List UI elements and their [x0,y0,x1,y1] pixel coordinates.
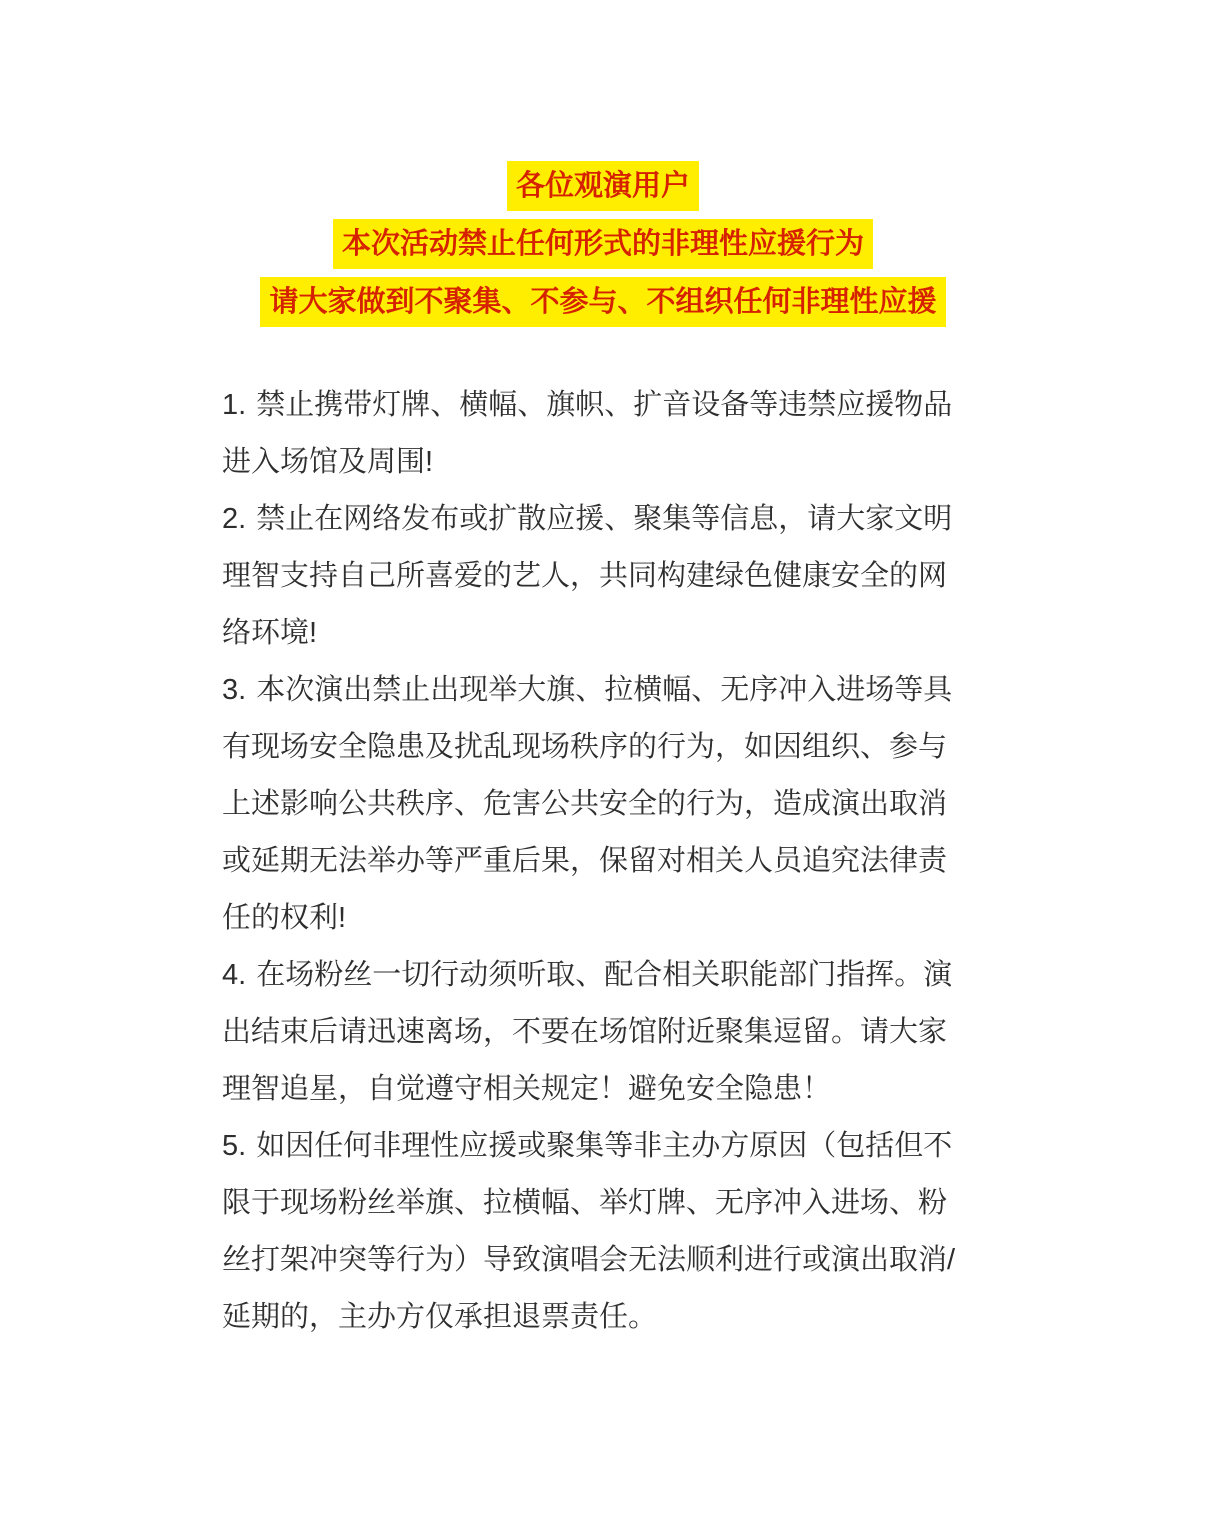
rule-text: 禁止在网络发布或扩散应援、聚集等信息，请大家文明理智支持自己所喜爱的艺人，共同构… [222,503,952,649]
rule-item: 4.在场粉丝一切行动须听取、配合相关职能部门指挥。演出结束后请迅速离场，不要在场… [222,947,967,1118]
rule-item: 1.禁止携带灯牌、横幅、旗帜、扩音设备等违禁应援物品进入场馆及周围! [222,377,967,491]
notice-header: 各位观演用户 本次活动禁止任何形式的非理性应援行为 请大家做到不聚集、不参与、不… [0,161,1206,327]
rule-item: 5.如因任何非理性应援或聚集等非主办方原因（包括但不限于现场粉丝举旗、拉横幅、举… [222,1118,967,1346]
header-line-audience: 各位观演用户 [507,161,699,211]
rule-text: 本次演出禁止出现举大旗、拉横幅、无序冲入进场等具有现场安全隐患及扰乱现场秩序的行… [222,674,952,934]
rule-text: 如因任何非理性应援或聚集等非主办方原因（包括但不限于现场粉丝举旗、拉横幅、举灯牌… [222,1130,955,1333]
rule-item: 3.本次演出禁止出现举大旗、拉横幅、无序冲入进场等具有现场安全隐患及扰乱现场秩序… [222,662,967,947]
rule-item: 2.禁止在网络发布或扩散应援、聚集等信息，请大家文明理智支持自己所喜爱的艺人，共… [222,491,967,662]
rule-number: 5. [222,1130,246,1162]
header-line-request: 请大家做到不聚集、不参与、不组织任何非理性应援 [260,277,945,327]
rule-number: 2. [222,503,246,535]
rule-number: 3. [222,674,246,706]
rule-number: 1. [222,389,246,421]
rule-text: 在场粉丝一切行动须听取、配合相关职能部门指挥。演出结束后请迅速离场，不要在场馆附… [222,959,952,1105]
header-line-prohibition: 本次活动禁止任何形式的非理性应援行为 [333,219,873,269]
notice-rules: 1.禁止携带灯牌、横幅、旗帜、扩音设备等违禁应援物品进入场馆及周围! 2.禁止在… [222,377,967,1346]
rule-number: 4. [222,959,246,991]
rule-text: 禁止携带灯牌、横幅、旗帜、扩音设备等违禁应援物品进入场馆及周围! [222,389,952,478]
notice-page: 各位观演用户 本次活动禁止任何形式的非理性应援行为 请大家做到不聚集、不参与、不… [0,0,1206,1531]
